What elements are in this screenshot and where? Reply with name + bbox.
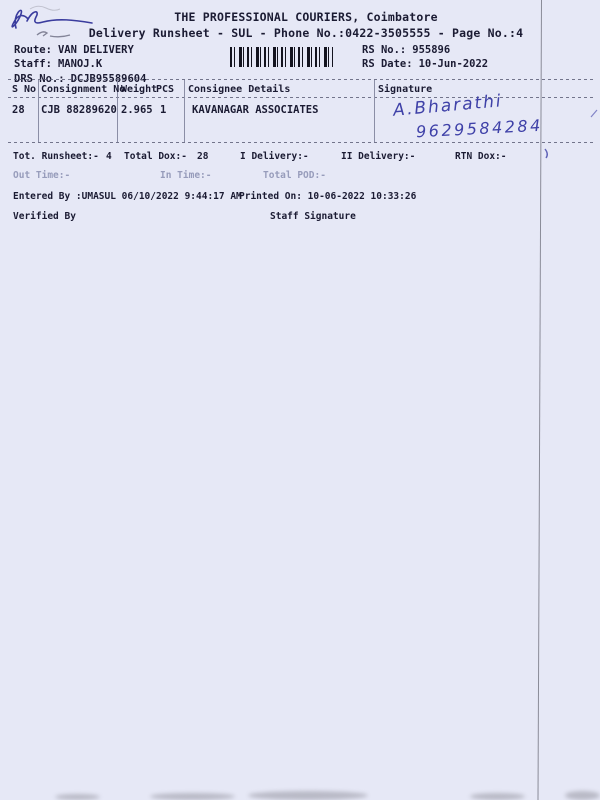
total-pod-label: Total POD:- (263, 170, 326, 181)
col-header-consignee: Consignee Details (188, 84, 290, 95)
cell-consignee: KAVANAGAR ASSOCIATES (192, 104, 318, 116)
verified-by-label: Verified By (13, 211, 76, 222)
table-header-rule (8, 97, 596, 98)
pen-comma-mark (545, 149, 547, 158)
staff-signature-label: Staff Signature (270, 211, 356, 222)
handwritten-signature-phone: 9629584284 (416, 116, 544, 142)
entered-by-text: Entered By :UMASUL 06/10/2022 9:44:17 AM (13, 191, 242, 202)
staff-value: MANOJ.K (58, 58, 102, 70)
rs-no-field: RS No.:955896 (362, 44, 450, 56)
cell-consignment-no: CJB 88289620 (41, 104, 117, 116)
staff-field: Staff:MANOJ.K (14, 58, 102, 70)
handwritten-signature-name: A.Bharathi (392, 91, 503, 120)
in-time-label: In Time:- (160, 170, 211, 181)
column-divider (184, 80, 185, 142)
column-divider (38, 80, 39, 142)
cell-sno: 28 (12, 104, 25, 116)
printed-on-text: Printed On: 10-06-2022 10:33:26 (239, 191, 416, 202)
company-title: THE PROFESSIONAL COURIERS, Coimbatore (0, 10, 600, 24)
barcode-icon (230, 47, 333, 67)
cell-weight: 2.965 (121, 104, 153, 116)
col-header-pcs: PCS (156, 84, 174, 95)
tot-runsheet-label: Tot. Runsheet:- (13, 151, 99, 162)
rs-date-label: RS Date: (362, 58, 413, 70)
rs-date-value: 10-Jun-2022 (419, 58, 489, 70)
col-header-weight: Weight (121, 84, 157, 95)
route-value: VAN DELIVERY (58, 44, 134, 56)
runsheet-subtitle: Delivery Runsheet - SUL - Phone No.:0422… (0, 26, 600, 40)
route-label: Route: (14, 44, 52, 56)
pen-tick-mark (591, 110, 597, 117)
column-divider (374, 80, 375, 142)
col-header-signature: Signature (378, 84, 432, 95)
table-top-rule (8, 79, 596, 80)
rs-date-field: RS Date:10-Jun-2022 (362, 58, 488, 70)
i-delivery-label: I Delivery:- (240, 151, 309, 162)
tot-runsheet-value: 4 (106, 151, 112, 162)
out-time-label: Out Time:- (13, 170, 70, 181)
route-field: Route:VAN DELIVERY (14, 44, 134, 56)
scan-smudge (55, 794, 100, 800)
table-bottom-rule (8, 142, 596, 143)
rs-no-label: RS No.: (362, 44, 406, 56)
scan-smudge (565, 791, 600, 800)
col-header-sno: S No (12, 84, 36, 95)
ii-delivery-label: II Delivery:- (341, 151, 415, 162)
scan-smudge (248, 791, 368, 800)
scan-smudge (470, 793, 525, 800)
rs-no-value: 955896 (412, 44, 450, 56)
scan-smudge (150, 793, 235, 800)
scanned-runsheet-page: THE PROFESSIONAL COURIERS, Coimbatore De… (0, 0, 600, 800)
total-dox-label: Total Dox:- (124, 151, 187, 162)
staff-label: Staff: (14, 58, 52, 70)
col-header-consignment: Consignment No (41, 84, 125, 95)
cell-pcs: 1 (160, 104, 166, 116)
total-dox-value: 28 (197, 151, 208, 162)
rtn-dox-label: RTN Dox:- (455, 151, 506, 162)
